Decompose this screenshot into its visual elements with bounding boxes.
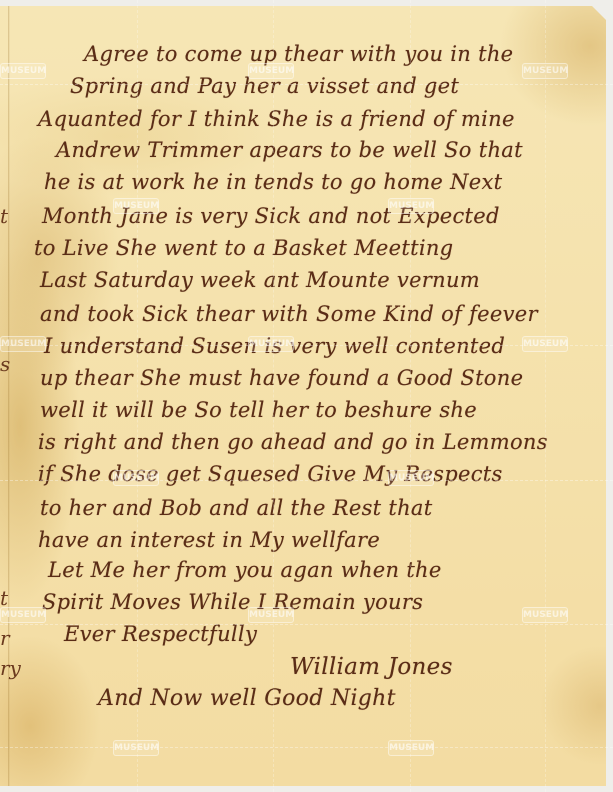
- letter-line: well it will be So tell her to beshure s…: [40, 398, 477, 422]
- letter-line: Andrew Trimmer apears to be well So that: [56, 138, 523, 162]
- watermark-guide: [0, 624, 613, 625]
- watermark-logo: MUSEUM: [113, 470, 159, 486]
- watermark-guide: [273, 0, 274, 792]
- watermark-logo: MUSEUM: [388, 198, 434, 214]
- watermark-logo: MUSEUM: [113, 198, 159, 214]
- letter-line: and took Sick thear with Some Kind of fe…: [40, 302, 538, 326]
- watermark-logo: MUSEUM: [248, 607, 294, 623]
- letter-line: Ever Respectfully: [64, 622, 257, 646]
- watermark-guide: [410, 0, 411, 792]
- letter-line: up thear She must have found a Good Ston…: [40, 366, 523, 390]
- watermark-guide: [0, 747, 613, 748]
- watermark-guide: [0, 84, 613, 85]
- letter-body: Agree to come up thear with you in the S…: [0, 6, 606, 786]
- letter-line: Let Me her from you agan when the: [48, 558, 442, 582]
- watermark-guide: [0, 480, 613, 481]
- watermark-logo: MUSEUM: [522, 336, 568, 352]
- watermark-logo: MUSEUM: [522, 63, 568, 79]
- letter-line: have an interest in My wellfare: [38, 528, 380, 552]
- watermark-logo: MUSEUM: [388, 740, 434, 756]
- watermark-logo: MUSEUM: [113, 740, 159, 756]
- letter-line: to her and Bob and all the Rest that: [40, 496, 433, 520]
- watermark-guide: [545, 0, 546, 792]
- letter-line: Aquanted for I think She is a friend of …: [38, 107, 515, 131]
- watermark-logo: MUSEUM: [0, 63, 46, 79]
- letter-line: is right and then go ahead and go in Lem…: [38, 430, 548, 454]
- watermark-guide: [137, 0, 138, 792]
- letter-line: Spirit Moves While I Remain yours: [42, 590, 423, 614]
- letter-line: Agree to come up thear with you in the: [84, 42, 513, 66]
- watermark-logo: MUSEUM: [522, 607, 568, 623]
- watermark-logo: MUSEUM: [388, 470, 434, 486]
- watermark-logo: MUSEUM: [248, 336, 294, 352]
- letter-line: Last Saturday week ant Mounte vernum: [40, 268, 480, 292]
- watermark-logo: MUSEUM: [0, 607, 46, 623]
- watermark-logo: MUSEUM: [0, 336, 46, 352]
- watermark-logo: MUSEUM: [248, 63, 294, 79]
- signature: William Jones: [290, 654, 453, 680]
- letter-line: to Live She went to a Basket Meetting: [34, 236, 453, 260]
- postscript: And Now well Good Night: [98, 686, 396, 711]
- letter-page: t s t r ry Agree to come up thear with y…: [0, 6, 606, 786]
